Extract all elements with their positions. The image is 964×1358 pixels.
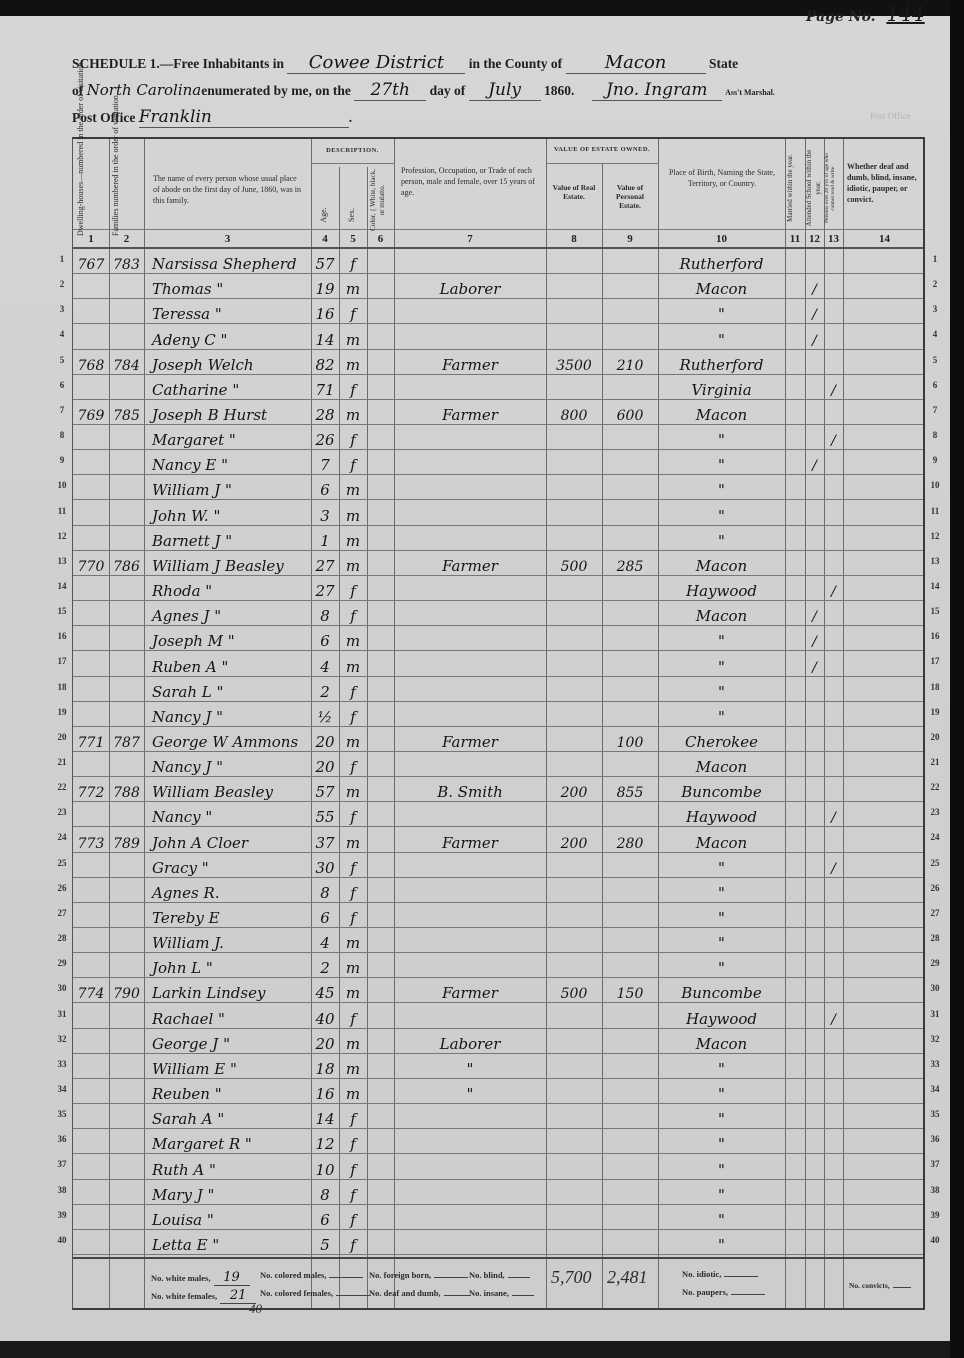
convicts: No. convicts, — [849, 1281, 911, 1290]
cell-family — [109, 601, 144, 626]
cell-personal — [602, 1029, 658, 1054]
cell-married — [785, 626, 805, 651]
row-number: 31 — [53, 1009, 71, 1019]
cell-family: 787 — [109, 727, 144, 752]
colnum: 6 — [367, 233, 394, 247]
cell-name: Margaret R " — [144, 1129, 311, 1154]
cell-school — [805, 928, 824, 953]
cell-real: 500 — [546, 551, 602, 576]
table-row: Mary J "8f" — [73, 1180, 923, 1205]
table-row: Reuben "16m"" — [73, 1079, 923, 1104]
cell-illiterate — [824, 1180, 843, 1205]
cell-family — [109, 677, 144, 702]
row-number: 27 — [926, 908, 944, 918]
row-number: 8 — [53, 430, 71, 440]
cell-illiterate — [824, 978, 843, 1003]
cell-occupation: Laborer — [394, 1029, 546, 1054]
cell-dwelling: 767 — [73, 249, 109, 274]
cell-married — [785, 1205, 805, 1230]
row-number: 28 — [53, 933, 71, 943]
cell-birth: " — [658, 1079, 785, 1104]
cell-color — [367, 702, 394, 727]
cell-family: 790 — [109, 978, 144, 1003]
cell-birth: Haywood — [658, 576, 785, 601]
cell-birth: Macon — [658, 551, 785, 576]
row-number: 22 — [926, 782, 944, 792]
cell-married — [785, 827, 805, 852]
cell-school — [805, 475, 824, 500]
cell-married — [785, 501, 805, 526]
cell-personal — [602, 1230, 658, 1255]
cell-color — [367, 853, 394, 878]
cell-dwelling — [73, 501, 109, 526]
paupers-blank — [731, 1294, 765, 1295]
cell-name: Nancy J " — [144, 752, 311, 777]
cell-occupation: Farmer — [394, 978, 546, 1003]
cell-dwelling — [73, 1205, 109, 1230]
row-number: 23 — [926, 807, 944, 817]
cell-dwelling — [73, 1054, 109, 1079]
cell-school — [805, 1104, 824, 1129]
colnum: 8 — [546, 233, 602, 247]
cell-married — [785, 450, 805, 475]
cell-dwelling — [73, 299, 109, 324]
cell-birth: " — [658, 1054, 785, 1079]
cell-family — [109, 501, 144, 526]
cell-family — [109, 425, 144, 450]
cell-real — [546, 626, 602, 651]
white-males: No. white males,19 — [151, 1270, 250, 1286]
row-number: 39 — [53, 1210, 71, 1220]
cell-age: 6 — [311, 1205, 339, 1230]
cell-dwelling — [73, 878, 109, 903]
white-males-value: 19 — [214, 1270, 250, 1286]
row-number: 33 — [926, 1059, 944, 1069]
cell-sex: m — [339, 274, 367, 299]
row-number: 20 — [926, 732, 944, 742]
cell-color — [367, 551, 394, 576]
table-row: John L "2m" — [73, 953, 923, 978]
cell-family — [109, 953, 144, 978]
cell-school — [805, 1129, 824, 1154]
cell-married — [785, 375, 805, 400]
cell-occupation — [394, 450, 546, 475]
cell-name: Joseph M " — [144, 626, 311, 651]
cell-color — [367, 1029, 394, 1054]
cell-school — [805, 1054, 824, 1079]
cell-married — [785, 702, 805, 727]
cell-color — [367, 375, 394, 400]
cell-color — [367, 576, 394, 601]
cell-name: John L " — [144, 953, 311, 978]
cell-color — [367, 475, 394, 500]
cell-occupation — [394, 299, 546, 324]
row-number: 31 — [926, 1009, 944, 1019]
cell-color — [367, 526, 394, 551]
cell-real — [546, 299, 602, 324]
cell-name: John A Cloer — [144, 827, 311, 852]
cell-married — [785, 425, 805, 450]
cell-age: 30 — [311, 853, 339, 878]
cell-age: 20 — [311, 1029, 339, 1054]
cell-illiterate — [824, 752, 843, 777]
cell-age: 1 — [311, 526, 339, 551]
cell-school — [805, 702, 824, 727]
cell-dwelling — [73, 425, 109, 450]
table-row: Catharine "71fVirginia/ — [73, 375, 923, 400]
heading-line-2: of North Carolinaenumerated by me, on th… — [72, 80, 775, 101]
cell-real — [546, 752, 602, 777]
colored-males-label: No. colored males, — [260, 1270, 326, 1280]
cell-illiterate — [824, 1079, 843, 1104]
cell-family: 788 — [109, 777, 144, 802]
header-personal-estate: Value of Personal Estate. — [607, 183, 653, 210]
cell-real — [546, 878, 602, 903]
cell-sex: f — [339, 1129, 367, 1154]
cell-dwelling — [73, 576, 109, 601]
cell-married — [785, 400, 805, 425]
cell-sex: m — [339, 551, 367, 576]
cell-birth: Macon — [658, 601, 785, 626]
cell-family — [109, 853, 144, 878]
cell-name: Agnes R. — [144, 878, 311, 903]
cell-real — [546, 375, 602, 400]
cell-married — [785, 802, 805, 827]
cell-personal — [602, 1079, 658, 1104]
cell-family — [109, 928, 144, 953]
cell-age: 14 — [311, 324, 339, 349]
page-number-label: Page No. — [806, 9, 876, 25]
cell-school — [805, 978, 824, 1003]
colored-females-label: No. colored females, — [260, 1288, 333, 1298]
blind-blank — [508, 1277, 530, 1278]
cell-family — [109, 1230, 144, 1255]
table-row: Margaret "26f"/ — [73, 425, 923, 450]
cell-birth: " — [658, 475, 785, 500]
table-row: Ruth A "10f" — [73, 1154, 923, 1179]
cell-real: 200 — [546, 777, 602, 802]
cell-married — [785, 1079, 805, 1104]
cell-age: 57 — [311, 249, 339, 274]
cell-illiterate — [824, 350, 843, 375]
table-row: 772788William Beasley57mB. Smith200855Bu… — [73, 777, 923, 802]
cell-age: 71 — [311, 375, 339, 400]
colnum: 4 — [311, 233, 339, 247]
cell-age: 4 — [311, 651, 339, 676]
cell-color — [367, 1205, 394, 1230]
cell-illiterate — [824, 249, 843, 274]
colnum: 10 — [658, 233, 785, 247]
row-number: 18 — [53, 682, 71, 692]
cell-sex: m — [339, 475, 367, 500]
cell-school — [805, 903, 824, 928]
cell-school — [805, 777, 824, 802]
cell-name: Sarah L " — [144, 677, 311, 702]
blind-label: No. blind, — [469, 1270, 505, 1280]
cell-name: Ruth A " — [144, 1154, 311, 1179]
table-row: 773789John A Cloer37mFarmer200280Macon — [73, 827, 923, 852]
cell-school — [805, 802, 824, 827]
cell-occupation — [394, 425, 546, 450]
paupers: No. paupers, — [682, 1287, 765, 1297]
month-value: July — [469, 80, 541, 101]
row-number: 1 — [53, 254, 71, 264]
cell-color — [367, 978, 394, 1003]
cell-dwelling: 769 — [73, 400, 109, 425]
table-row: Adeny C "14m"/ — [73, 324, 923, 349]
cell-personal — [602, 1180, 658, 1205]
cell-illiterate — [824, 878, 843, 903]
table-row: Barnett J "1m" — [73, 526, 923, 551]
cell-real: 500 — [546, 978, 602, 1003]
cell-family — [109, 324, 144, 349]
table-row: 770786William J Beasley27mFarmer500285Ma… — [73, 551, 923, 576]
cell-married — [785, 601, 805, 626]
day-value: 27th — [354, 80, 426, 101]
cell-dwelling — [73, 928, 109, 953]
cell-birth: " — [658, 1230, 785, 1255]
row-number: 17 — [926, 656, 944, 666]
cell-sex: f — [339, 249, 367, 274]
cell-illiterate — [824, 727, 843, 752]
cell-real — [546, 475, 602, 500]
cell-school — [805, 350, 824, 375]
cell-name: Louisa " — [144, 1205, 311, 1230]
header-school: Attended School within the year. — [805, 148, 823, 228]
cell-illiterate — [824, 827, 843, 852]
cell-age: 2 — [311, 953, 339, 978]
cell-illiterate — [824, 1054, 843, 1079]
idiotic: No. idiotic, — [682, 1269, 758, 1279]
cell-family — [109, 1180, 144, 1205]
cell-married — [785, 1129, 805, 1154]
table-row: Teressa "16f"/ — [73, 299, 923, 324]
cell-dwelling — [73, 274, 109, 299]
header-married: Married within the year. — [786, 148, 804, 228]
cell-illiterate — [824, 526, 843, 551]
cell-birth: " — [658, 299, 785, 324]
cell-personal — [602, 1004, 658, 1029]
header-birthplace: Place of Birth, Naming the State, Territ… — [665, 167, 779, 189]
cell-birth: " — [658, 1104, 785, 1129]
table-row: Margaret R "12f" — [73, 1129, 923, 1154]
census-table: Dwelling-houses—numbered in the order of… — [72, 137, 925, 1310]
cell-color — [367, 1129, 394, 1154]
cell-sex: f — [339, 375, 367, 400]
cell-married — [785, 752, 805, 777]
row-number: 29 — [926, 958, 944, 968]
cell-illiterate — [824, 501, 843, 526]
cell-school — [805, 425, 824, 450]
cell-personal — [602, 324, 658, 349]
cell-age: 57 — [311, 777, 339, 802]
row-number: 1 — [926, 254, 944, 264]
colnum: 12 — [805, 233, 824, 247]
cell-sex: f — [339, 1180, 367, 1205]
cell-age: 45 — [311, 978, 339, 1003]
marshal-label: Ass't Marshal. — [725, 88, 775, 97]
cell-sex: m — [339, 651, 367, 676]
row-number: 9 — [926, 455, 944, 465]
post-office-value: Franklin — [139, 107, 349, 128]
cell-real — [546, 1180, 602, 1205]
cell-sex: m — [339, 1079, 367, 1104]
cell-age: 3 — [311, 501, 339, 526]
row-number: 26 — [53, 883, 71, 893]
cell-school: / — [805, 626, 824, 651]
insane: No. insane, — [469, 1288, 534, 1298]
header-description-group: Description. — [311, 147, 394, 154]
row-number: 8 — [926, 430, 944, 440]
description-group-rule — [311, 163, 394, 164]
cell-color — [367, 752, 394, 777]
cell-occupation: B. Smith — [394, 777, 546, 802]
cell-birth: " — [658, 853, 785, 878]
cell-color — [367, 903, 394, 928]
cell-sex: m — [339, 400, 367, 425]
cell-occupation — [394, 1154, 546, 1179]
cell-personal — [602, 475, 658, 500]
colnum: 5 — [339, 233, 367, 247]
cell-age: 28 — [311, 400, 339, 425]
cell-sex: f — [339, 1154, 367, 1179]
cell-personal — [602, 903, 658, 928]
cell-school — [805, 1004, 824, 1029]
cell-family — [109, 299, 144, 324]
header-occupation: Profession, Occupation, or Trade of each… — [401, 165, 543, 198]
cell-dwelling — [73, 1029, 109, 1054]
cell-real — [546, 324, 602, 349]
header-estate-group: Value of Estate Owned. — [546, 146, 658, 153]
cell-color — [367, 677, 394, 702]
row-number: 9 — [53, 455, 71, 465]
row-number: 23 — [53, 807, 71, 817]
cell-family — [109, 526, 144, 551]
cell-illiterate — [824, 1205, 843, 1230]
cell-age: 6 — [311, 903, 339, 928]
cell-family: 784 — [109, 350, 144, 375]
cell-dwelling — [73, 475, 109, 500]
row-number: 25 — [926, 858, 944, 868]
cell-school — [805, 827, 824, 852]
schedule-label: SCHEDULE 1.—Free Inhabitants in — [72, 56, 284, 71]
cell-school: / — [805, 450, 824, 475]
cell-married — [785, 903, 805, 928]
cell-sex: f — [339, 677, 367, 702]
cell-occupation — [394, 324, 546, 349]
cell-sex: m — [339, 1029, 367, 1054]
cell-personal — [602, 677, 658, 702]
cell-married — [785, 1230, 805, 1255]
white-females-label: No. white females, — [151, 1291, 217, 1301]
row-number: 10 — [926, 480, 944, 490]
cell-illiterate — [824, 626, 843, 651]
cell-family: 783 — [109, 249, 144, 274]
cell-dwelling — [73, 903, 109, 928]
cell-dwelling: 772 — [73, 777, 109, 802]
cell-school — [805, 953, 824, 978]
cell-name: George J " — [144, 1029, 311, 1054]
cell-dwelling — [73, 651, 109, 676]
cell-occupation — [394, 249, 546, 274]
cell-dwelling — [73, 1129, 109, 1154]
cell-occupation — [394, 752, 546, 777]
cell-birth: Virginia — [658, 375, 785, 400]
cell-school — [805, 1029, 824, 1054]
cell-real — [546, 1054, 602, 1079]
convicts-label: No. convicts, — [849, 1281, 890, 1290]
cell-occupation — [394, 878, 546, 903]
cell-family — [109, 1054, 144, 1079]
cell-real — [546, 601, 602, 626]
cell-family: 785 — [109, 400, 144, 425]
cell-birth: " — [658, 878, 785, 903]
row-number: 2 — [926, 279, 944, 289]
cell-family — [109, 626, 144, 651]
cell-sex: m — [339, 324, 367, 349]
cell-school — [805, 1180, 824, 1205]
cell-birth: " — [658, 450, 785, 475]
cell-birth: Cherokee — [658, 727, 785, 752]
cell-married — [785, 1054, 805, 1079]
cell-occupation — [394, 1129, 546, 1154]
cell-illiterate — [824, 1104, 843, 1129]
cell-age: 5 — [311, 1230, 339, 1255]
cell-birth: " — [658, 903, 785, 928]
cell-illiterate — [824, 551, 843, 576]
cell-school — [805, 1079, 824, 1104]
cell-personal: 100 — [602, 727, 658, 752]
cell-color — [367, 626, 394, 651]
cell-married — [785, 324, 805, 349]
cell-name: William J " — [144, 475, 311, 500]
cell-family — [109, 878, 144, 903]
row-number: 26 — [926, 883, 944, 893]
cell-personal — [602, 853, 658, 878]
cell-real — [546, 1129, 602, 1154]
cell-real — [546, 1154, 602, 1179]
cell-real: 3500 — [546, 350, 602, 375]
table-row: Sarah A "14f" — [73, 1104, 923, 1129]
foreign-born-label: No. foreign born, — [369, 1270, 431, 1280]
cell-sex: f — [339, 903, 367, 928]
cell-family: 789 — [109, 827, 144, 852]
cell-personal — [602, 702, 658, 727]
cell-age: 37 — [311, 827, 339, 852]
table-row: Thomas "19mLaborerMacon/ — [73, 274, 923, 299]
cell-birth: Rutherford — [658, 350, 785, 375]
row-number: 36 — [53, 1134, 71, 1144]
cell-name: Joseph Welch — [144, 350, 311, 375]
cell-illiterate: / — [824, 853, 843, 878]
cell-occupation — [394, 1205, 546, 1230]
cell-name: Margaret " — [144, 425, 311, 450]
cell-color — [367, 350, 394, 375]
cell-occupation — [394, 526, 546, 551]
cell-age: 6 — [311, 475, 339, 500]
table-row: Tereby E6f" — [73, 903, 923, 928]
cell-illiterate — [824, 601, 843, 626]
cell-family — [109, 903, 144, 928]
cell-real — [546, 450, 602, 475]
convicts-blank — [893, 1287, 911, 1288]
cell-dwelling — [73, 853, 109, 878]
cell-age: 27 — [311, 576, 339, 601]
cell-family — [109, 576, 144, 601]
cell-occupation: Laborer — [394, 274, 546, 299]
cell-color — [367, 450, 394, 475]
cell-married — [785, 1104, 805, 1129]
